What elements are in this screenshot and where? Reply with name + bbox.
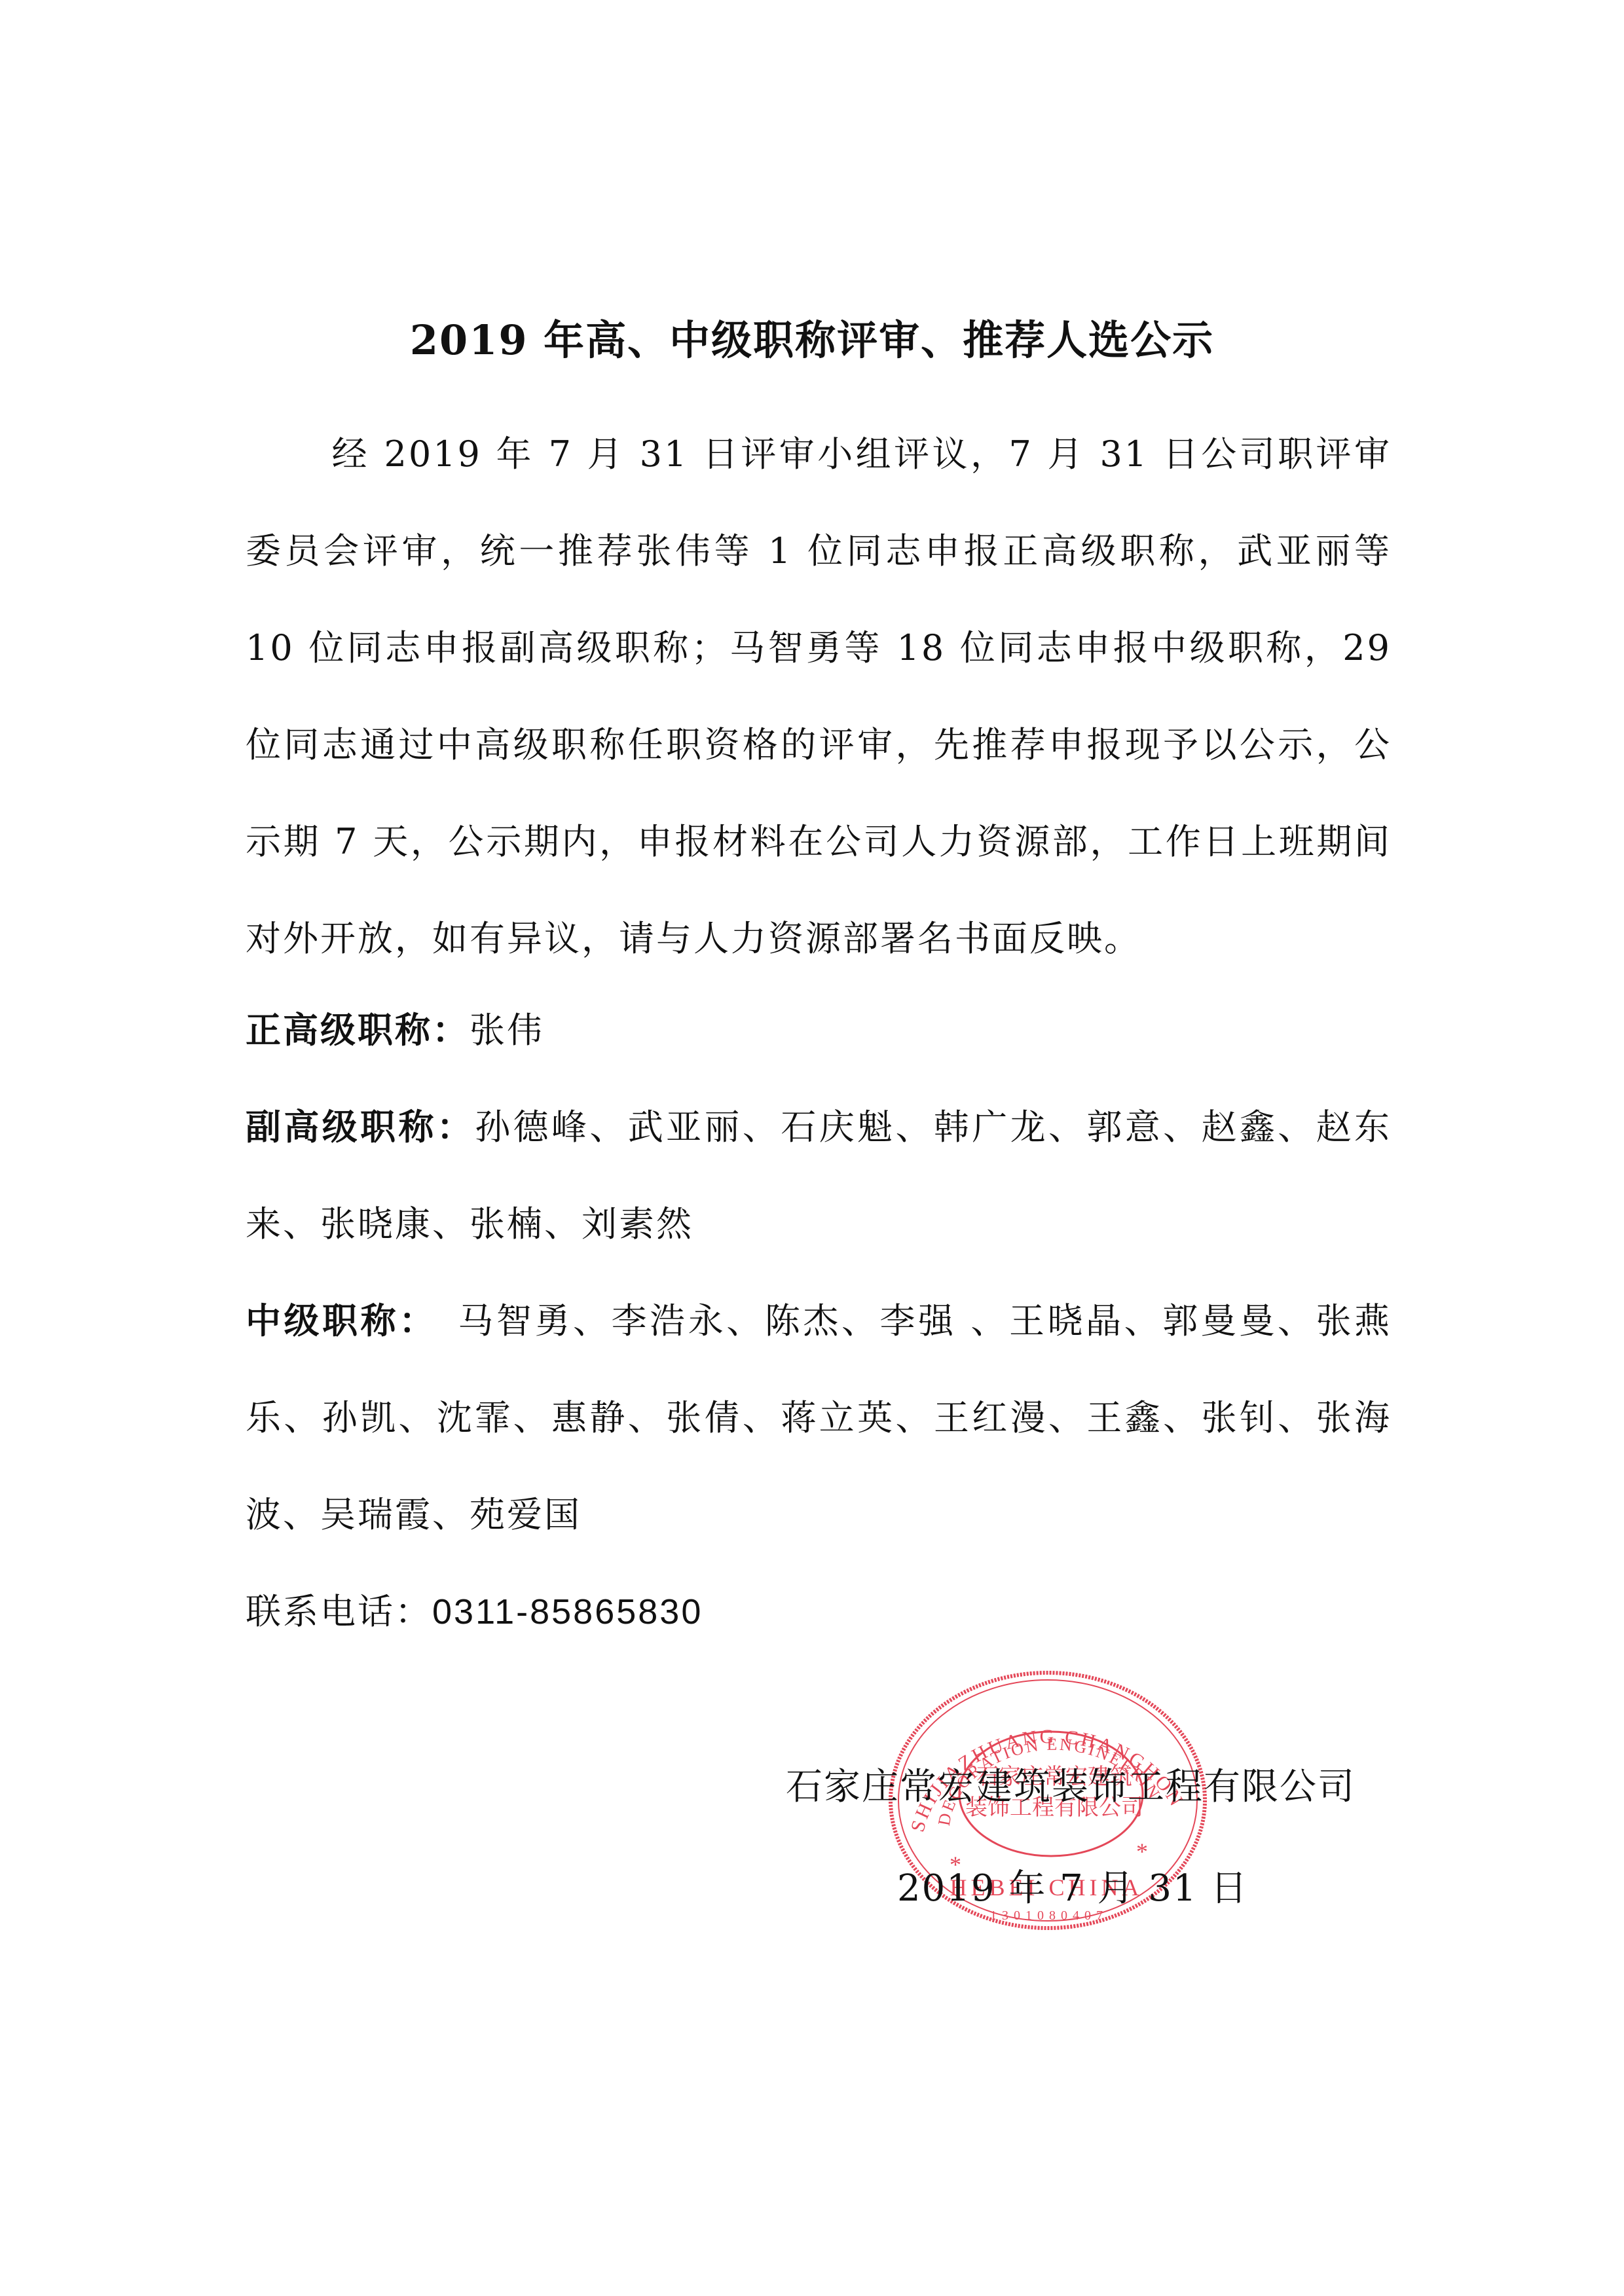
section-senior-title: 正高级职称：张伟 (246, 982, 1392, 1079)
signature-company: 石家庄常宏建筑装饰工程有限公司 (786, 1761, 1356, 1813)
intro-text: 经 2019 年 7 月 31 日评审小组评议，7 月 31 日公司职评审委员会… (246, 433, 1392, 959)
svg-text:*: * (1136, 1838, 1148, 1865)
intro-paragraph: 经 2019 年 7 月 31 日评审小组评议，7 月 31 日公司职评审委员会… (246, 406, 1392, 987)
section-label: 中级职称： (246, 1300, 420, 1341)
section-label: 副高级职称： (246, 1106, 475, 1148)
contact-line: 联系电话：0311-85865830 (246, 1563, 1392, 1660)
section-label: 正高级职称： (246, 1010, 470, 1051)
contact-phone: 0311-85865830 (432, 1592, 703, 1631)
section-associate-senior-title: 副高级职称：孙德峰、武亚丽、石庆魁、韩广龙、郭意、赵鑫、赵东来、张晓康、张楠、刘… (246, 1079, 1392, 1273)
page-title: 2019 年高、中级职称评审、推荐人选公示 (0, 314, 1624, 367)
signature-date: 2019 年 7 月 31 日 (897, 1863, 1248, 1915)
section-names: 张伟 (470, 1010, 544, 1051)
contact-label: 联系电话： (246, 1591, 432, 1632)
section-intermediate-title: 中级职称： 马智勇、李浩永、陈杰、李强 、王晓晶、郭曼曼、张燕乐、孙凯、沈霏、惠… (246, 1273, 1392, 1563)
document-page: 2019 年高、中级职称评审、推荐人选公示 经 2019 年 7 月 31 日评… (0, 0, 1624, 2296)
